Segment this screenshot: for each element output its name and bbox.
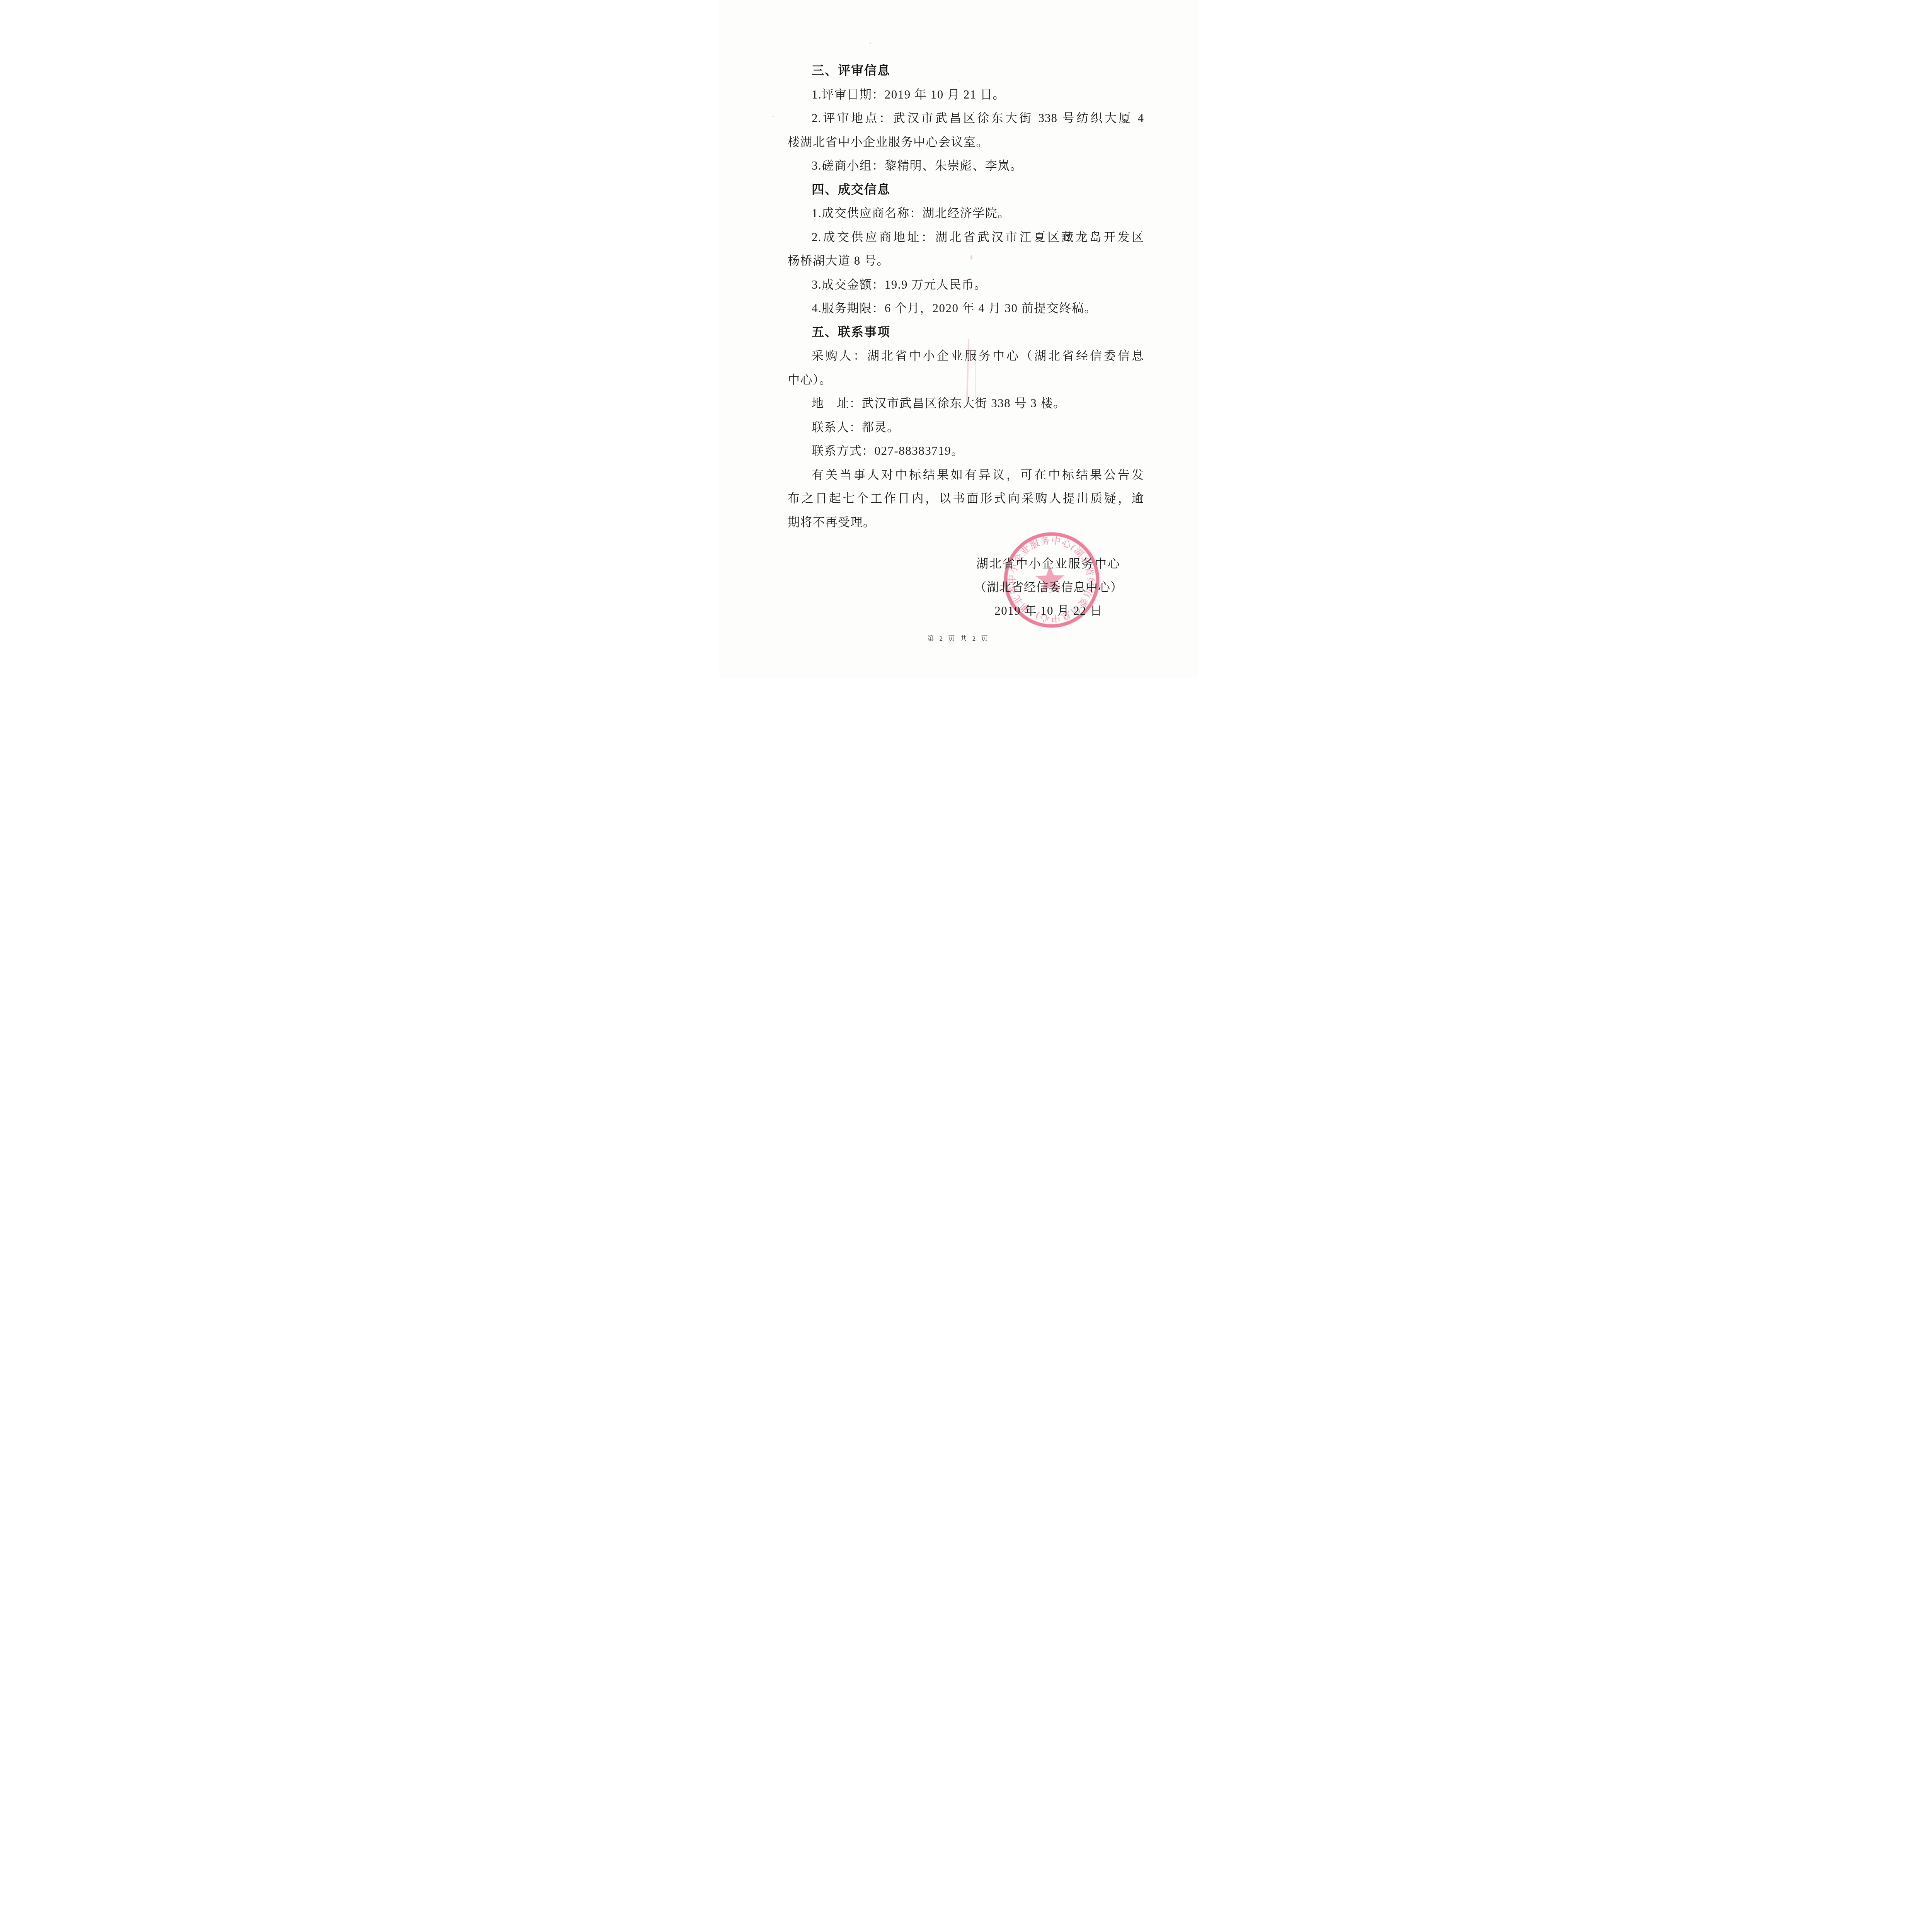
scan-speck (958, 80, 960, 82)
signature-date: 2019 年 10 月 22 日 (967, 599, 1130, 622)
signature-org-line2: （湖北省经信委信息中心） (967, 575, 1130, 599)
document-line: 1.成交供应商名称：湖北经济学院。 (788, 201, 1144, 225)
document-line: 联系方式：027-88383719。 (788, 439, 1144, 463)
document-line: 布之日起七个工作日内，以书面形式向采购人提出质疑，逾 (788, 486, 1144, 510)
document-line: 联系人：都灵。 (788, 415, 1144, 439)
document-line: 3.成交金额：19.9 万元人民币。 (788, 273, 1144, 297)
document-line: 3.磋商小组：黎精明、朱崇彪、李岚。 (788, 154, 1144, 178)
document-line: 中心）。 (788, 368, 1144, 392)
document-line: 地 址：武汉市武昌区徐东大街 338 号 3 楼。 (788, 391, 1144, 415)
document-line: 4.服务期限：6 个月，2020 年 4 月 30 前提交终稿。 (788, 296, 1144, 320)
document-body: 三、评审信息 1.评审日期：2019 年 10 月 21 日。 2.评审地点：武… (788, 59, 1144, 534)
signature-org-line1: 湖北省中小企业服务中心 (967, 552, 1130, 575)
section-heading-contact: 五、联系事项 (788, 320, 1144, 344)
document-line: 1.评审日期：2019 年 10 月 21 日。 (788, 83, 1144, 107)
section-heading-award: 四、成交信息 (788, 178, 1144, 202)
document-line: 2.评审地点：武汉市武昌区徐东大街 338 号纺织大厦 4 (788, 106, 1144, 130)
document-line: 杨桥湖大道 8 号。 (788, 249, 1144, 273)
scan-speck (773, 116, 774, 117)
page-number-footer: 第 2 页 共 2 页 (719, 633, 1198, 643)
document-line: 有关当事人对中标结果如有异议，可在中标结果公告发 (788, 463, 1144, 487)
section-heading-review: 三、评审信息 (788, 59, 1144, 83)
document-line: 楼湖北省中小企业服务中心会议室。 (788, 130, 1144, 154)
scanned-document-page: 三、评审信息 1.评审日期：2019 年 10 月 21 日。 2.评审地点：武… (719, 0, 1198, 678)
scan-speck (870, 43, 871, 44)
document-line: 采购人：湖北省中小企业服务中心（湖北省经信委信息 (788, 344, 1144, 368)
signature-block: 湖北省中小企业服务中心 （湖北省经信委信息中心） 2019 年 10 月 22 … (967, 552, 1130, 622)
scan-speck (955, 359, 956, 361)
document-line: 2.成交供应商地址：湖北省武汉市江夏区藏龙岛开发区 (788, 225, 1144, 249)
